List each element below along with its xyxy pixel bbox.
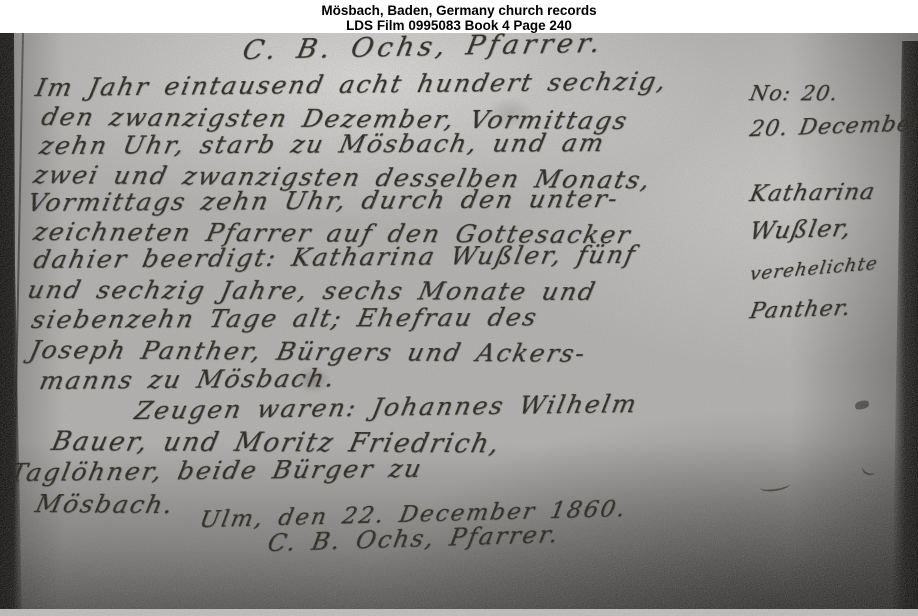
handwriting-line: Vormittags zehn Uhr, durch den unter- [25, 184, 622, 217]
deceased-surname-note: Wußler, [748, 214, 854, 245]
pastor-signature-heading: C. B. Ochs, Pfarrer. [240, 33, 607, 66]
scan-bottom-edge [0, 609, 918, 616]
stray-pen-mark [759, 479, 790, 493]
witnesses-line: Zeugen waren: Johannes Wilhelm [132, 389, 641, 425]
handwriting-line: Im Jahr eintausend acht hundert sechzig, [33, 66, 670, 102]
stray-pen-mark [860, 461, 878, 478]
record-number-note: No: 20. [748, 81, 840, 105]
scanned-document: C. B. Ochs, Pfarrer. Im Jahr eintausend … [0, 33, 918, 616]
handwriting-line: siebenzehn Tage alt; Ehefrau des [29, 302, 541, 334]
witnesses-line: Taglöhner, beide Bürger zu [7, 454, 425, 487]
record-source-title: Mösbach, Baden, Germany church records [0, 3, 918, 18]
marital-status-note: verehelichte [748, 253, 879, 285]
handwriting-line: zehn Uhr, starb zu Mösbach, und am [37, 128, 608, 160]
spouse-surname-note: Panther. [748, 296, 853, 324]
caption-header: Mösbach, Baden, Germany church records L… [0, 0, 918, 33]
witnesses-line: Mösbach. [33, 489, 178, 519]
handwriting-line: dahier beerdigt: Katharina Wußler, fünf [31, 240, 639, 274]
ink-speck [854, 399, 870, 410]
handwriting-line: manns zu Mösbach. [37, 363, 339, 395]
handwriting-line: und sechzig Jahre, sechs Monate und [25, 275, 600, 306]
deceased-firstname-note: Katharina [747, 179, 877, 207]
death-date-note: 20. December, [748, 111, 918, 142]
film-reference: LDS Film 0995083 Book 4 Page 240 [0, 18, 918, 33]
